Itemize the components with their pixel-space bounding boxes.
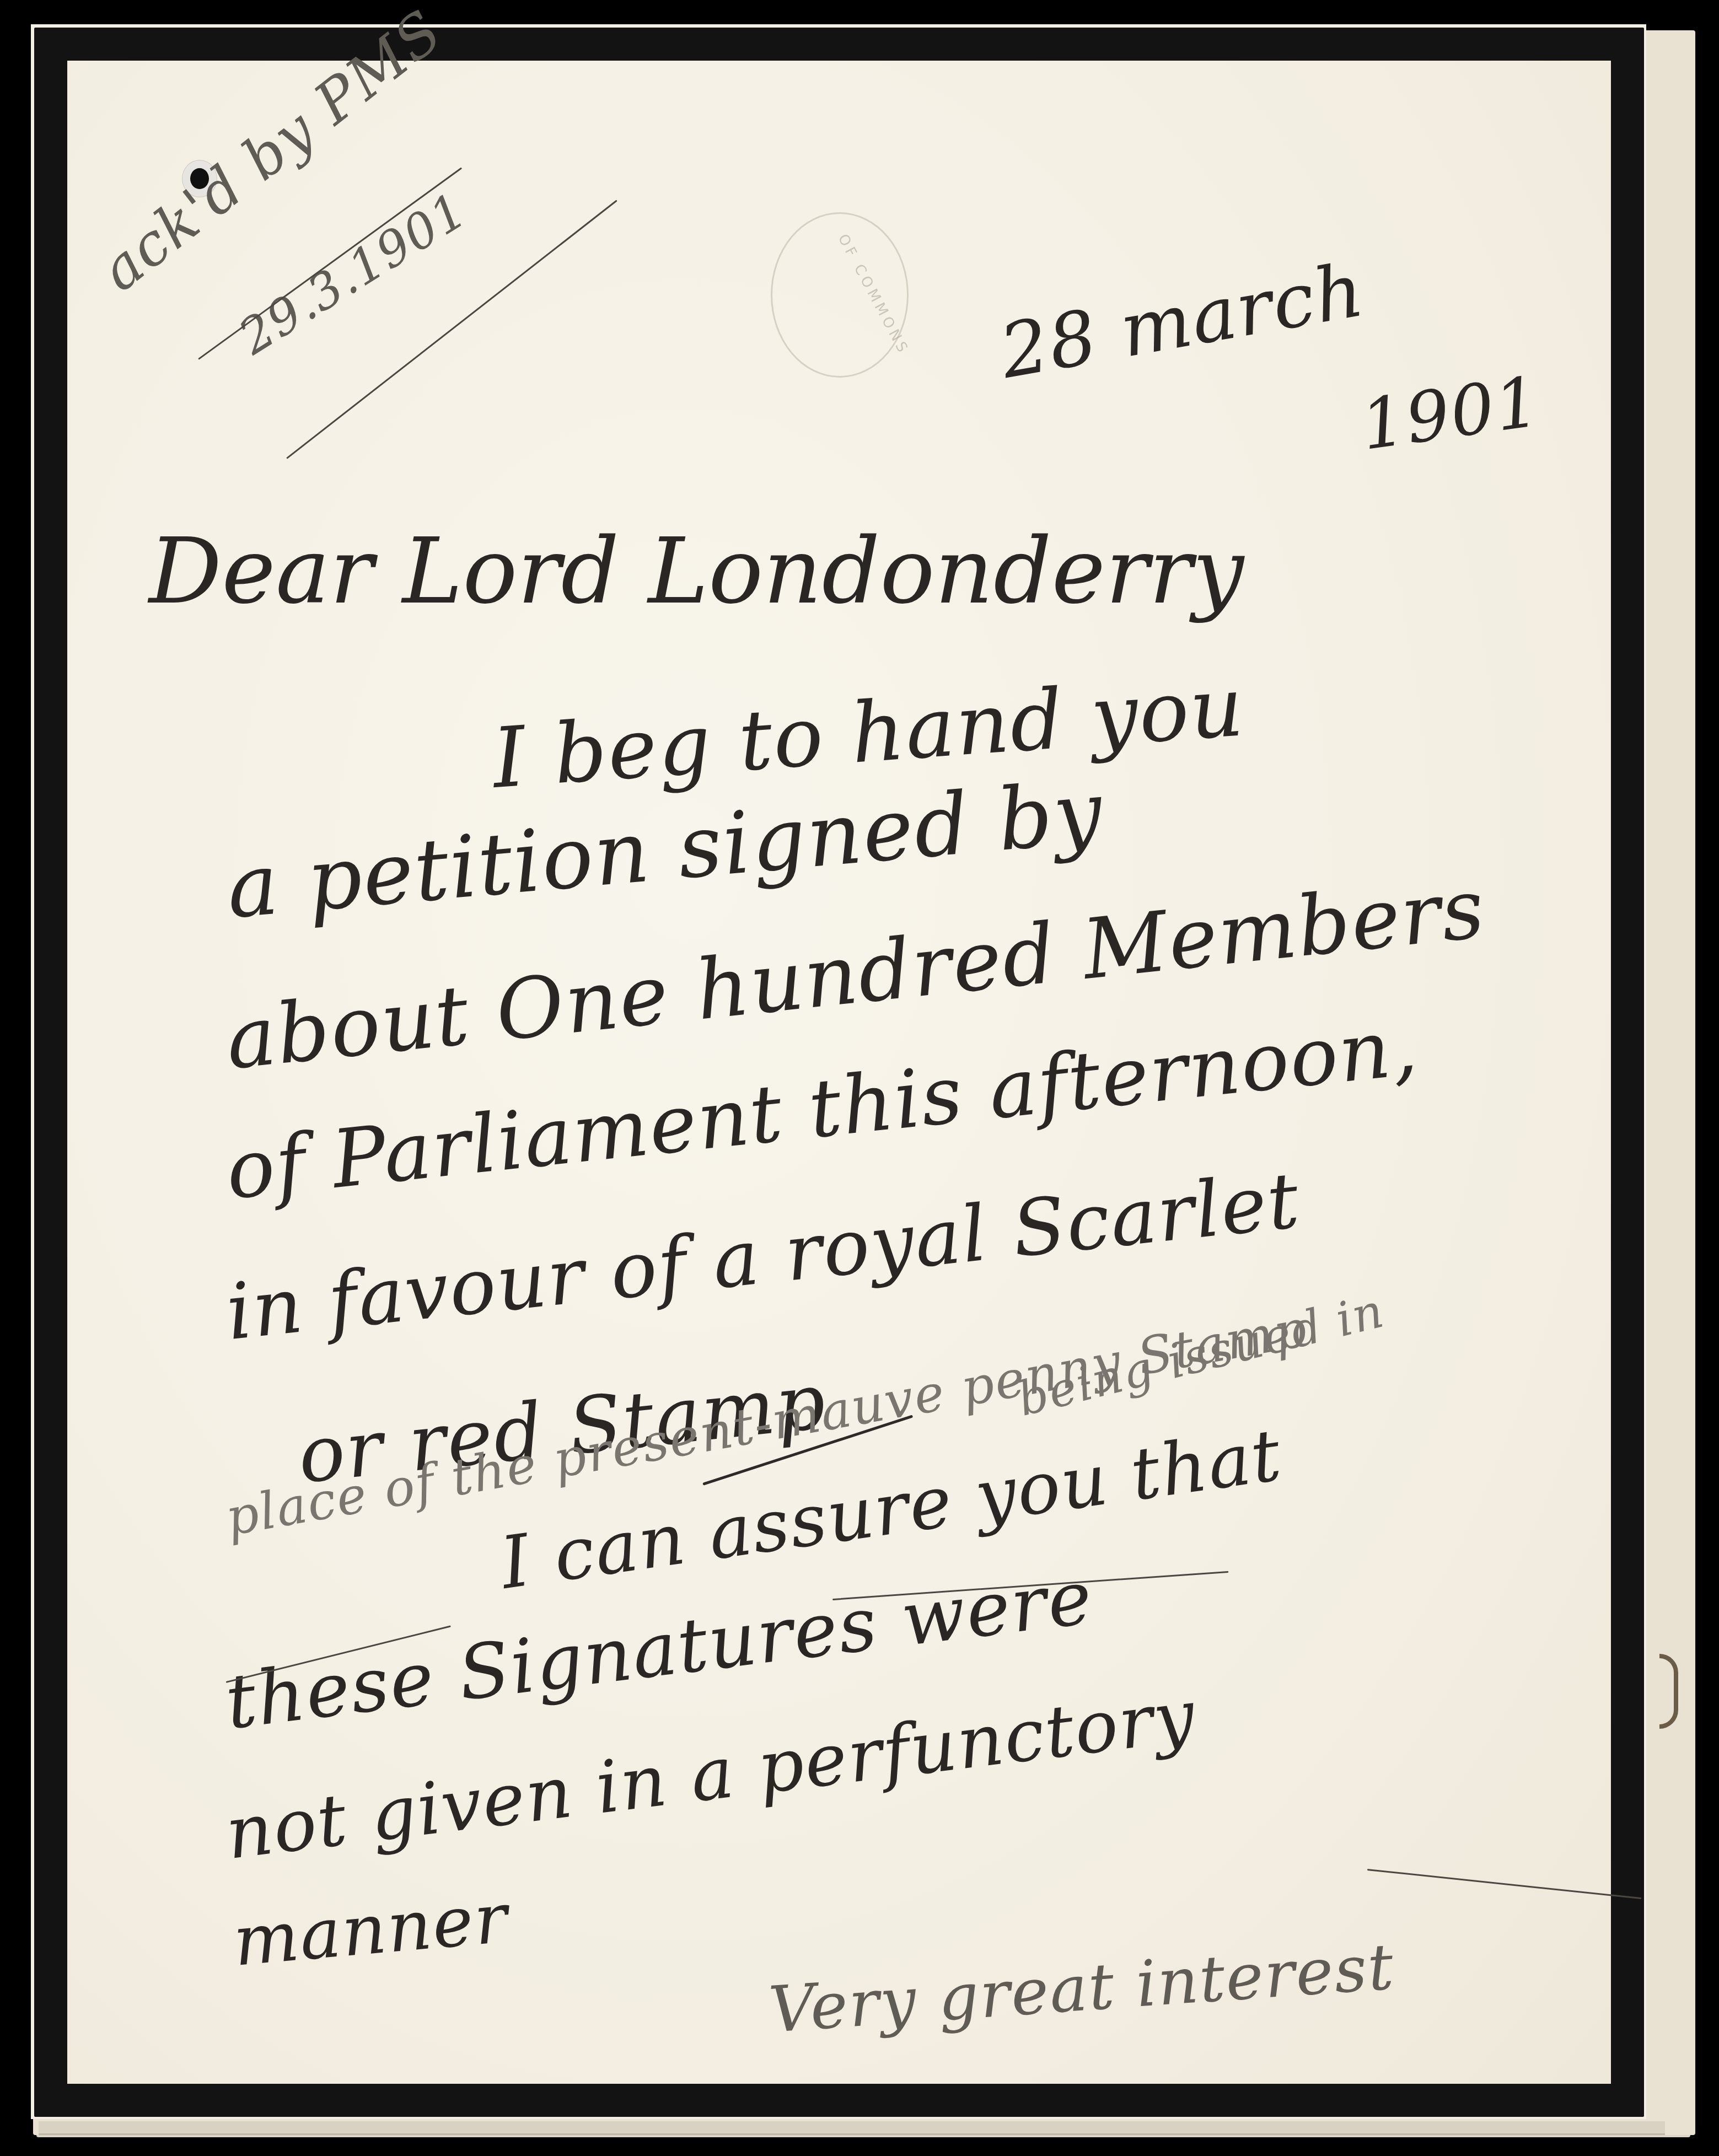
- stacked-pages-edge: [39, 2121, 1665, 2135]
- salutation: Dear Lord Londonderry: [149, 518, 1244, 624]
- paper-clip-edge: [1659, 1654, 1678, 1729]
